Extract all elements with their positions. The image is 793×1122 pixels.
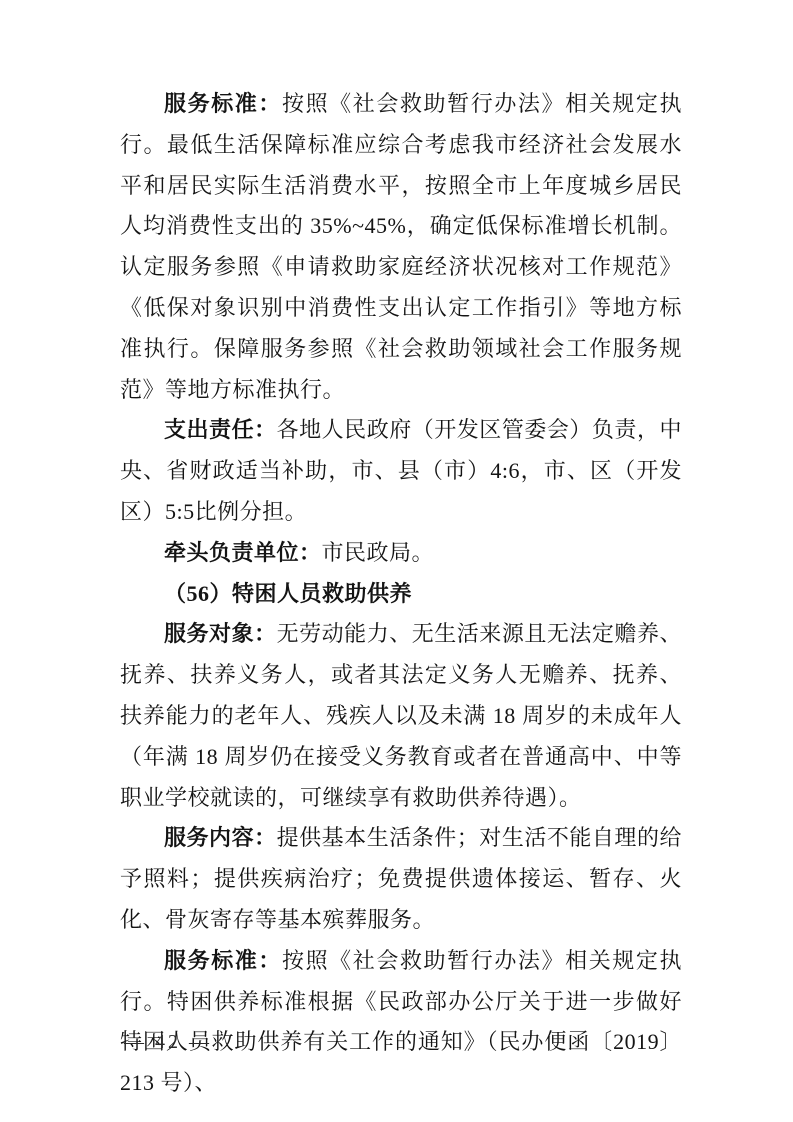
paragraph-expenditure-responsibility: 支出责任：各地人民政府（开发区管委会）负责，中央、省财政适当补助，市、县（市）4…: [120, 410, 682, 532]
paragraph-label-expenditure: 支出责任：: [164, 417, 277, 442]
paragraph-label-service-target: 服务对象：: [164, 621, 277, 646]
paragraph-service-content: 服务内容：提供基本生活条件；对生活不能自理的给予照料；提供疾病治疗；免费提供遗体…: [120, 818, 682, 940]
paragraph-service-standard-2: 服务标准：按照《社会救助暂行办法》相关规定执行。特困供养标准根据《民政部办公厅关…: [120, 941, 682, 1104]
document-body: 服务标准：按照《社会救助暂行办法》相关规定执行。最低生活保障标准应综合考虑我市经…: [120, 84, 682, 1104]
paragraph-text-lead-unit: 市民政局。: [322, 540, 435, 565]
paragraph-service-target: 服务对象：无劳动能力、无生活来源且无法定赡养、抚养、扶养义务人，或者其法定义务人…: [120, 614, 682, 818]
paragraph-label-service-standard-2: 服务标准：: [164, 948, 282, 973]
paragraph-lead-unit: 牵头负责单位：市民政局。: [120, 533, 682, 574]
paragraph-label-service-standard-1: 服务标准：: [164, 91, 282, 116]
page-number: — 42 —: [124, 1028, 212, 1056]
paragraph-text-service-target: 无劳动能力、无生活来源且无法定赡养、抚养、扶养义务人，或者其法定义务人无赡养、抚…: [120, 621, 682, 809]
paragraph-service-standard-1: 服务标准：按照《社会救助暂行办法》相关规定执行。最低生活保障标准应综合考虑我市经…: [120, 84, 682, 410]
section-heading-item-56: （56）特困人员救助供养: [120, 574, 682, 615]
document-page: 服务标准：按照《社会救助暂行办法》相关规定执行。最低生活保障标准应综合考虑我市经…: [0, 0, 793, 1122]
paragraph-label-service-content: 服务内容：: [164, 825, 277, 850]
paragraph-label-lead-unit: 牵头负责单位：: [164, 540, 322, 565]
paragraph-text-service-standard-1: 按照《社会救助暂行办法》相关规定执行。最低生活保障标准应综合考虑我市经济社会发展…: [120, 91, 682, 402]
